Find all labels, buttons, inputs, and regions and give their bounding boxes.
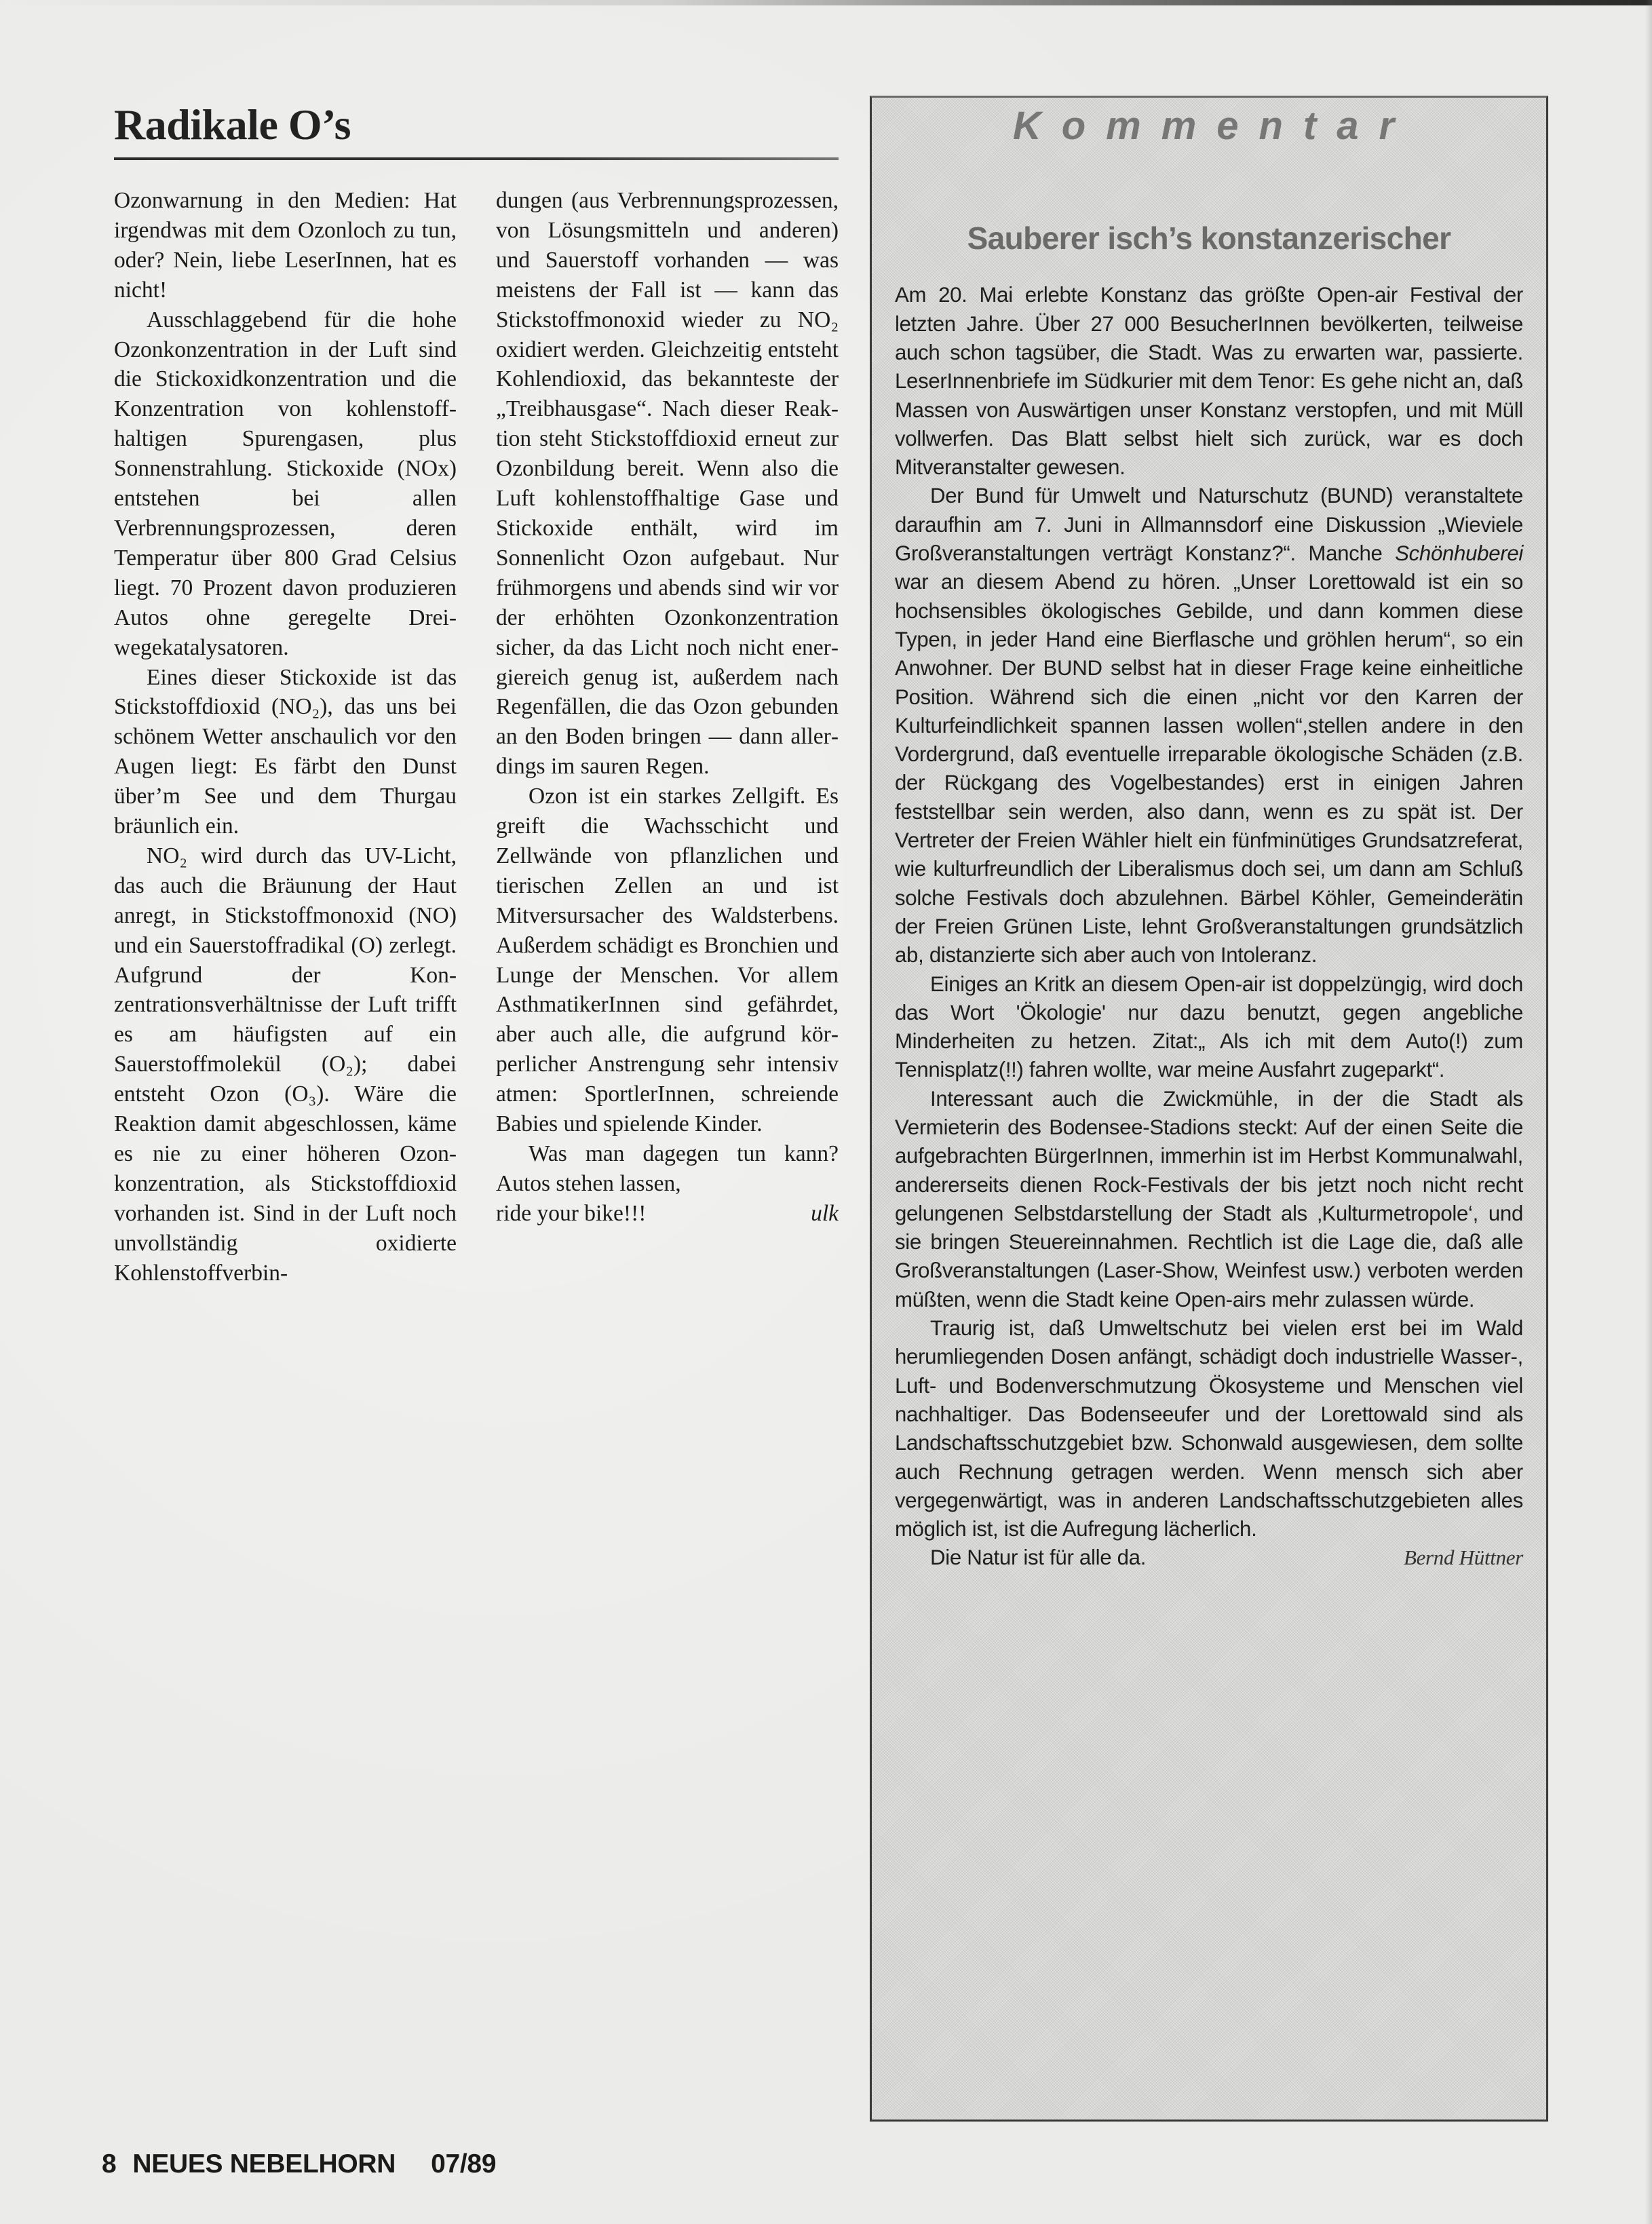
article-title: Radikale O’s: [114, 95, 839, 157]
article-paragraph: Ausschlaggebend für die hohe Ozonkonzent…: [114, 305, 457, 663]
page-number: 8: [102, 2149, 116, 2179]
title-divider: [114, 157, 839, 160]
article-column-2: dungen (aus Verbrennungs­prozessen, von …: [496, 186, 839, 1288]
article-columns: Ozonwarnung in den Medien: Hat irgendwas…: [114, 186, 839, 1288]
commentary-paragraph: Am 20. Mai erlebte Konstanz das größte O…: [895, 281, 1523, 482]
commentary-paragraph: Der Bund für Umwelt und Naturschutz (BUN…: [895, 482, 1523, 970]
page-edge-shadow: [0, 0, 1652, 5]
commentary-body: Am 20. Mai erlebte Konstanz das größte O…: [895, 281, 1523, 1572]
magazine-page: Radikale O’s Ozonwarnung in den Medien: …: [0, 0, 1652, 2224]
commentary-paragraph: Traurig ist, daß Umweltschutz bei vielen…: [895, 1314, 1523, 1544]
article-column-1: Ozonwarnung in den Medien: Hat irgendwas…: [114, 186, 457, 1288]
page-edge-shadow: [1645, 0, 1652, 2224]
article-paragraph: Ozon ist ein starkes Zell­gift. Es greif…: [496, 782, 839, 1139]
commentary-signoff: Die Natur ist für alle da. Bernd Hüttner: [895, 1544, 1523, 1572]
commentary-emphasis: Schönhuberei: [1395, 541, 1523, 565]
article-paragraph: Eines dieser Stickoxide ist das Sticksto…: [114, 663, 457, 841]
article-closing-line: ride your bike!!!: [496, 1199, 646, 1229]
article-paragraph: Ozonwarnung in den Medien: Hat irgendwas…: [114, 186, 457, 305]
commentary-paragraph: Interessant auch die Zwickmühle, in der …: [895, 1085, 1523, 1314]
issue-number: 07/89: [431, 2149, 496, 2179]
commentary-author: Bernd Hüttner: [1404, 1544, 1523, 1572]
commentary-closing-line: Die Natur ist für alle da.: [930, 1544, 1146, 1572]
page-footer: 8 NEUES NEBELHORN 07/89: [102, 2149, 496, 2179]
commentary-paragraph: Einiges an Kritk an diesem Open-air ist …: [895, 970, 1523, 1085]
article-paragraph: dungen (aus Verbrennungs­prozessen, von …: [496, 186, 839, 782]
article-author-initials: ulk: [811, 1199, 839, 1229]
article-paragraph: NO₂ wird durch das UV-Licht, das auch di…: [114, 841, 457, 1288]
commentary-text: war an diesem Abend zu hören. „Unser Lor…: [895, 570, 1523, 967]
article-signoff: ride your bike!!! ulk: [496, 1199, 839, 1229]
article-radikale-os: Radikale O’s Ozonwarnung in den Medien: …: [114, 95, 839, 1288]
publication-name: NEUES NEBELHORN: [132, 2149, 396, 2179]
article-paragraph: Was man dagegen tun kann? Autos stehen l…: [496, 1139, 839, 1199]
commentary-headline: Sauberer isch’s konstanzerischer: [895, 221, 1523, 256]
commentary-box: Kommentar Sauberer isch’s konstanzerisch…: [870, 96, 1548, 2122]
commentary-kicker: Kommentar: [895, 104, 1523, 148]
